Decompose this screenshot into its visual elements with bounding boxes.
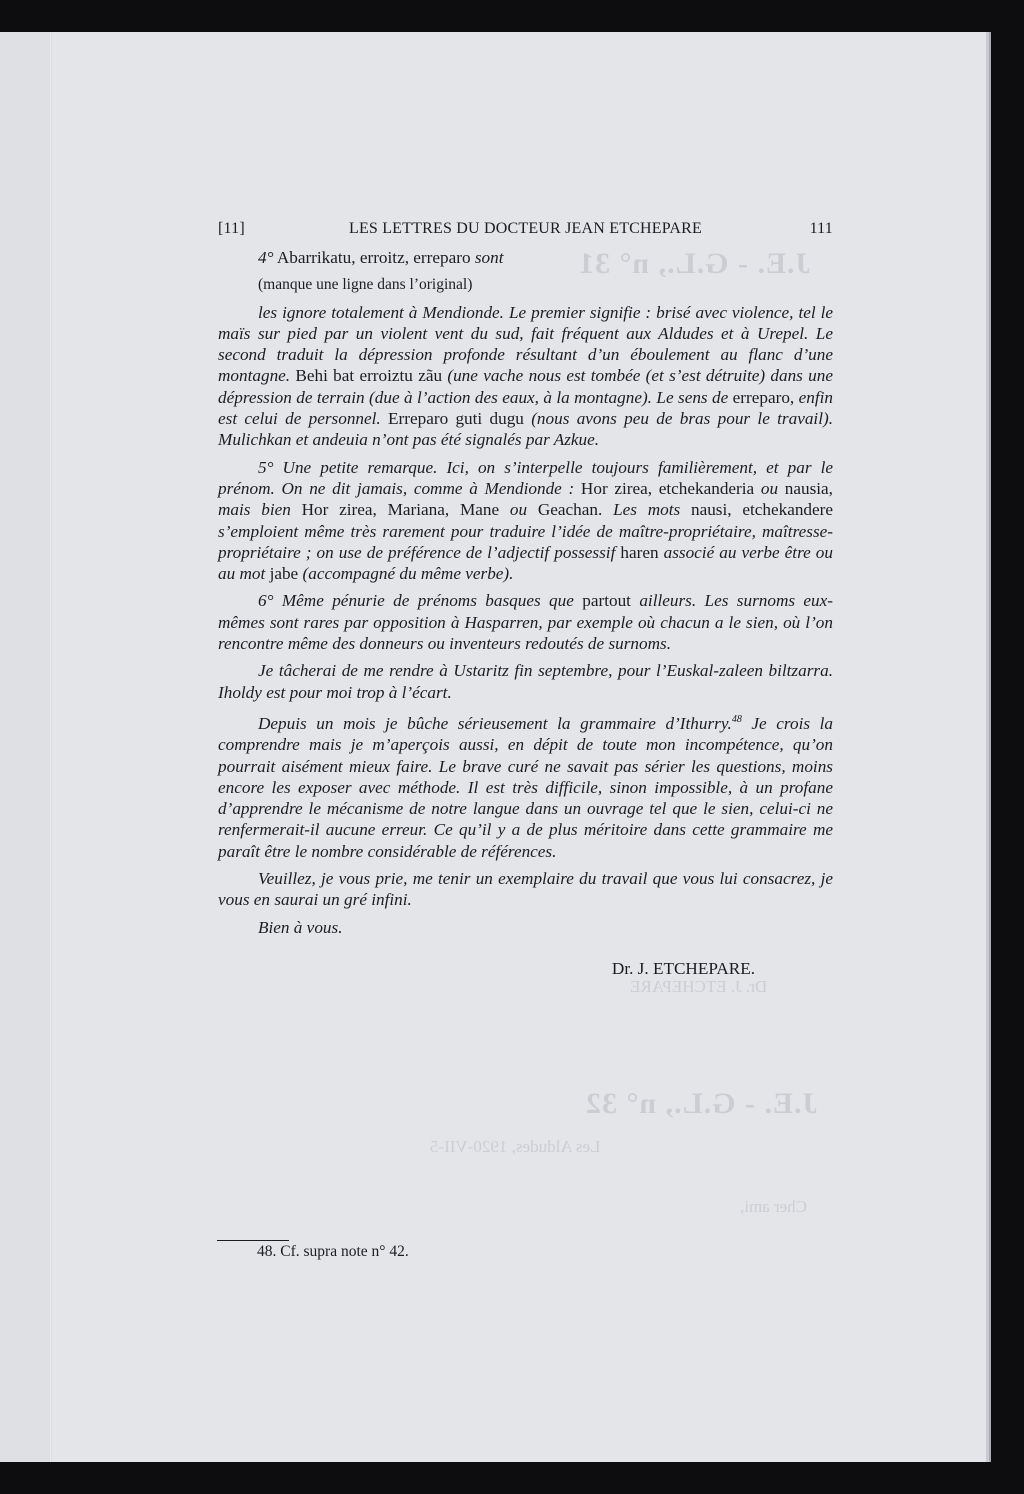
paragraph: 6° Même pénurie de prénoms basques que p… xyxy=(218,590,833,654)
roman-run: Erreparo guti dugu xyxy=(381,409,531,428)
page-number: 111 xyxy=(810,220,833,238)
item-number: 4° xyxy=(258,248,273,267)
italic-run: (accompagné du même verbe). xyxy=(303,564,514,583)
roman-run: Behi bat erroiztu zãu xyxy=(290,366,447,385)
item-4-line: 4° Abarrikatu, erroitz, erreparo sont xyxy=(218,247,833,268)
bleed-through-signature: Dr. J. ETCHEPARE xyxy=(630,977,767,997)
roman-run: jabe xyxy=(265,564,302,583)
roman-run: Hor zirea, etchekanderia xyxy=(574,479,761,498)
roman-run: partout xyxy=(574,591,639,610)
spine-fold xyxy=(49,32,52,1462)
letter-body: 4° Abarrikatu, erroitz, erreparo sont (m… xyxy=(218,247,833,979)
bleed-through-heading: J.E. - G.L., n° 32 xyxy=(585,1087,818,1121)
paragraph: les ignore totalement à Mendionde. Le pr… xyxy=(218,302,833,451)
italic-run: Les mots xyxy=(613,500,680,519)
paragraph: Veuillez, je vous prie, me tenir un exem… xyxy=(218,868,833,911)
italic-run: mais bien xyxy=(218,500,291,519)
basque-terms: Abarrikatu, erroitz, erreparo xyxy=(273,248,474,267)
footnote-rule xyxy=(217,1240,289,1241)
roman-run: haren xyxy=(615,543,663,562)
paragraph: 5° Une petite remarque. Ici, on s’interp… xyxy=(218,457,833,585)
missing-line-note: (manque une ligne dans l’original) xyxy=(218,274,833,295)
roman-run: Hor zirea, Mariana, Mane xyxy=(291,500,510,519)
paragraph-text: Je crois la comprendre mais je m’aperçoi… xyxy=(218,714,833,861)
roman-run: Geachan. xyxy=(527,500,613,519)
roman-run: nausi, etchekandere xyxy=(680,500,833,519)
italic-run: ou xyxy=(510,500,527,519)
italic-run: ou xyxy=(761,479,778,498)
running-title: LES LETTRES DU DOCTEUR JEAN ETCHEPARE xyxy=(218,220,833,238)
roman-run: erreparo, xyxy=(728,388,798,407)
italic-run: 6° Même pénurie de prénoms basques que xyxy=(258,591,574,610)
bleed-through-salutation: Cher ami, xyxy=(740,1197,807,1217)
paragraph: Depuis un mois je bûche sérieusement la … xyxy=(218,709,833,862)
paragraph-text: Depuis un mois je bûche sérieusement la … xyxy=(258,714,732,733)
bleed-through-dateline: Les Aldudes, 1920-VII-5 xyxy=(430,1137,600,1157)
item-4-verb: sont xyxy=(475,248,504,267)
paragraph: Je tâcherai de me rendre à Ustaritz fin … xyxy=(218,660,833,703)
roman-run: nausia, xyxy=(778,479,833,498)
signature: Dr. J. ETCHEPARE. xyxy=(218,958,833,979)
footnote-48: 48. Cf. supra note n° 42. xyxy=(257,1243,409,1261)
running-head: [11] LES LETTRES DU DOCTEUR JEAN ETCHEPA… xyxy=(218,220,833,242)
closing: Bien à vous. xyxy=(218,917,833,938)
footnote-ref[interactable]: 48 xyxy=(732,714,742,725)
facing-page-edge xyxy=(0,32,49,1462)
